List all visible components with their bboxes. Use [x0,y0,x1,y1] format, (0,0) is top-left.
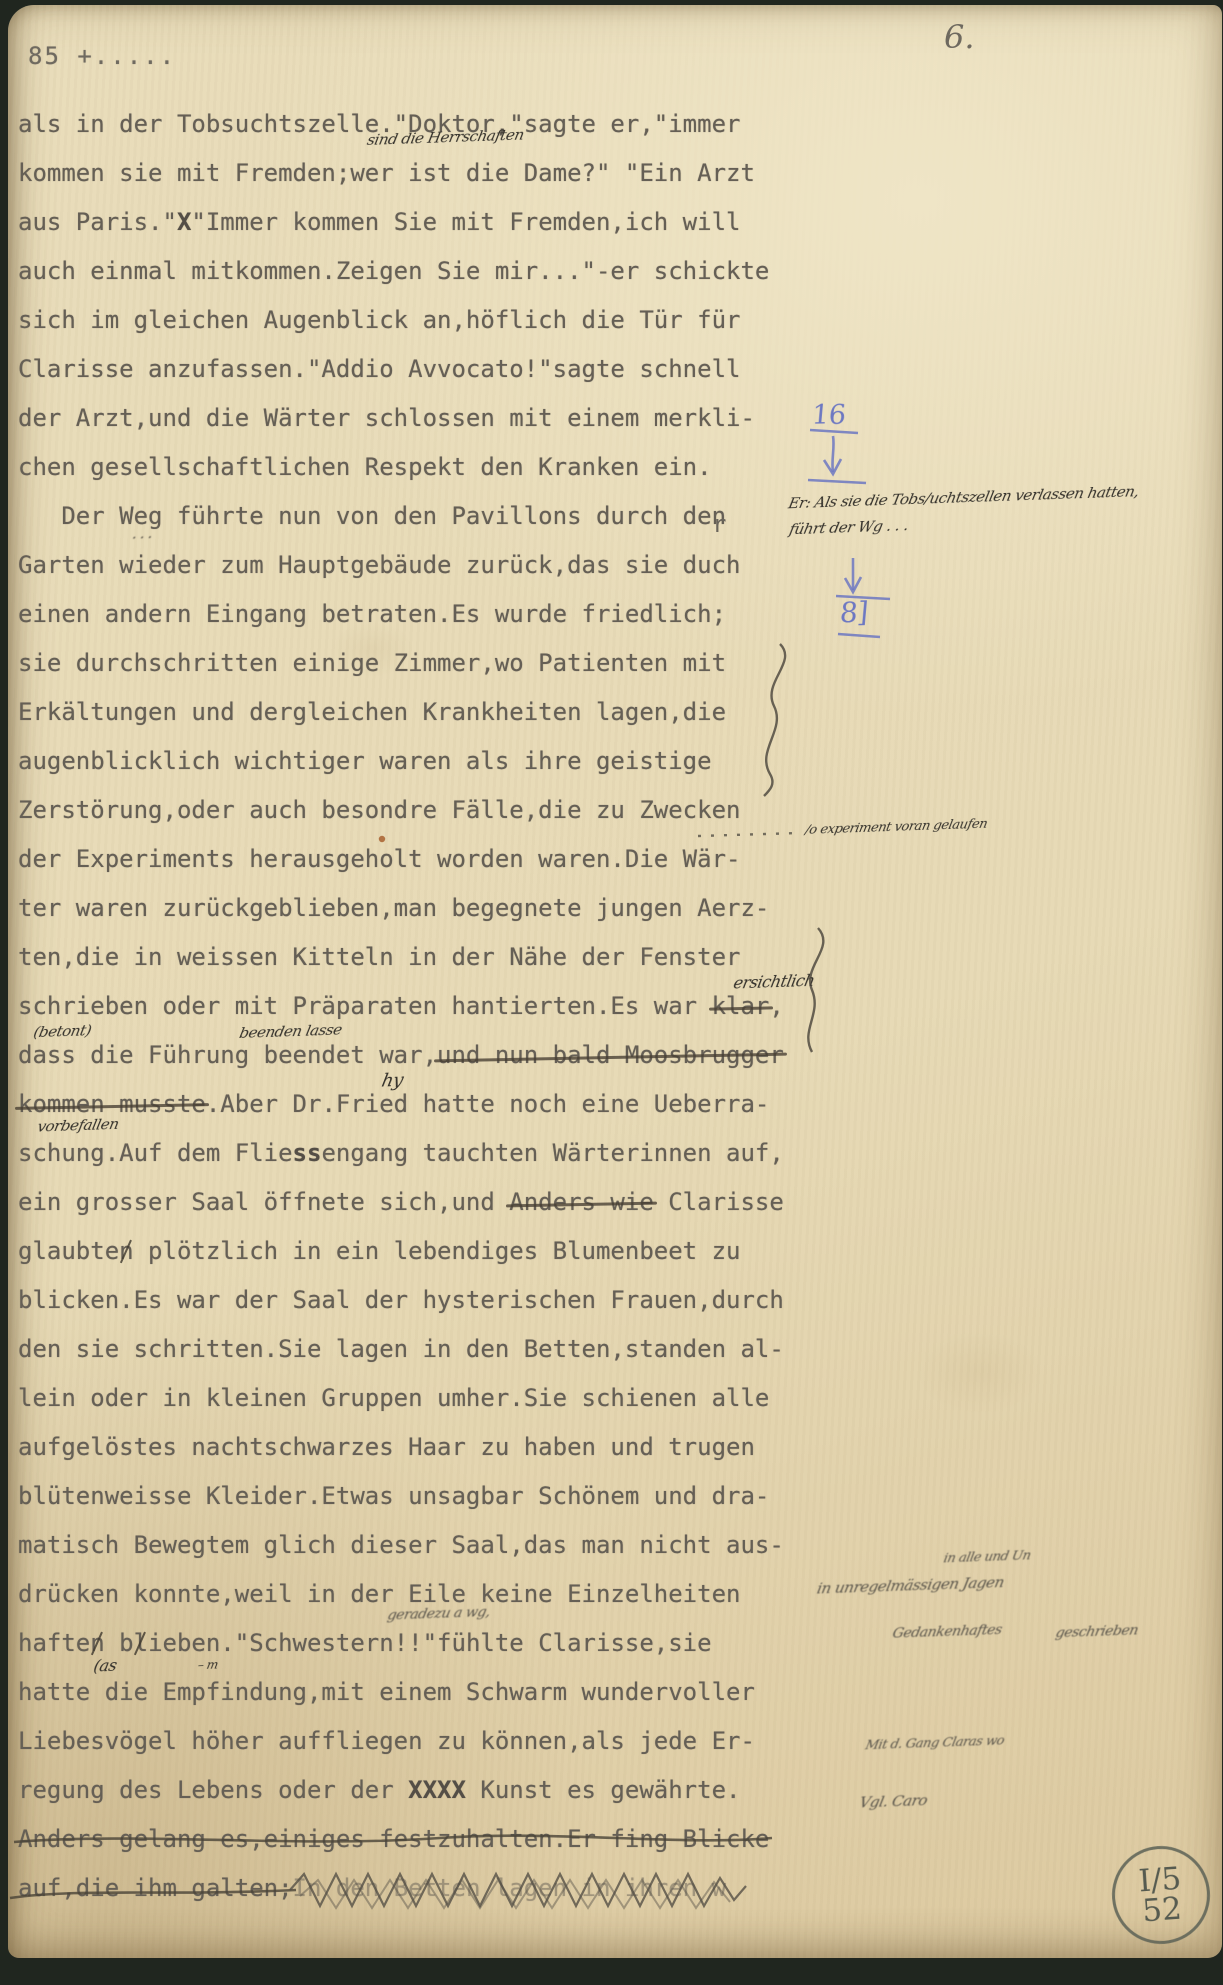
typescript-line: schrieben oder mit Präparaten hantierten… [18,982,784,1031]
pencil-brace-lower [808,928,823,1052]
blue-down-arrow-icon [832,436,833,472]
typescript-line: den sie schritten.Sie lagen in den Bette… [18,1325,784,1374]
typescript-line: Garten wieder zum Hauptgebäude zurück,da… [18,541,784,590]
archive-stamp: I/5 52 [1109,1843,1214,1948]
handwritten-mark-m: – m [197,1658,220,1673]
typescript-line: matisch Bewegtem glich dieser Saal,das m… [18,1521,784,1570]
typescript-line: glaubten plötzlich in ein lebendiges Blu… [18,1227,784,1276]
manuscript-scan: 85 +..... 6. als in der Tobsuchtszelle."… [0,0,1223,1985]
typescript-line: Liebesvögel höher auffliegen zu können,a… [18,1717,784,1766]
typescript-line: sie durchschritten einige Zimmer,wo Pati… [18,639,784,688]
typescript-line: aufgelöstes nachtschwarzes Haar zu haben… [18,1423,784,1472]
pencil-note-unregelmaessigen: in unregelmässigen Jagen [816,1573,1006,1597]
blue-underline-arrow [808,480,866,483]
page-number: 6. [944,18,975,56]
typescript-line: einen andern Eingang betraten.Es wurde f… [18,590,784,639]
typescript-line: kommen sie mit Fremden;wer ist die Dame?… [18,149,784,198]
typescript-line: schung.Auf dem Fliessengang tauchten Wär… [18,1129,784,1178]
typescript-body: als in der Tobsuchtszelle."Doktor,"sagte… [18,100,784,1913]
handwritten-correction-beenden-lasse: beenden lasse [238,1020,344,1042]
page-content: 85 +..... 6. als in der Tobsuchtszelle."… [0,0,1223,1985]
pencil-note-geschrieben: geschrieben [1054,1623,1139,1642]
handwritten-margin-betont: (betont) [32,1021,93,1041]
blue-mark-16: 16 [811,400,847,432]
typescript-line: ter waren zurückgeblieben,man begegnete … [18,884,784,933]
folio-mark: 85 +..... [28,42,176,70]
typescript-line: Clarisse anzufassen."Addio Avvocato!"sag… [18,345,784,394]
typescript-line: aus Paris."X"Immer kommen Sie mit Fremde… [18,198,784,247]
typescript-line: lein oder in kleinen Gruppen umher.Sie s… [18,1374,784,1423]
pencil-note-gedankenhaftes: Gedankenhaftes [891,1622,1003,1642]
typescript-line: hatte die Empfindung,mit einem Schwarm w… [18,1668,784,1717]
typescript-line: Zerstörung,oder auch besondre Fälle,die … [18,786,784,835]
typescript-line: augenblicklich wichtiger waren als ihre … [18,737,784,786]
pencil-note-mit-d-gang: Mit d. Gang Claras wo [864,1734,1005,1754]
typescript-line: ein grosser Saal öffnete sich,und Anders… [18,1178,784,1227]
handwritten-correction-vorbefallen: vorbefallen [36,1115,120,1136]
handwritten-insertion-hy: hy [380,1070,405,1092]
typescript-line: Erkältungen und dergleichen Krankheiten … [18,688,784,737]
handwritten-mark-as: (as [92,1656,118,1676]
typescript-line: auf,die ihm galten;In den Betten lagen i… [18,1864,784,1913]
typescript-line: der Experiments herausgeholt worden ware… [18,835,784,884]
typescript-line: auch einmal mitkommen.Zeigen Sie mir..."… [18,247,784,296]
typescript-line: regung des Lebens oder der XXXX Kunst es… [18,1766,784,1815]
typescript-line: ten,die in weissen Kitteln in der Nähe d… [18,933,784,982]
pencil-note-vgl-caro: Vgl. Caro [858,1791,929,1811]
handwritten-margin-note-line2: führt der Wg . . . [788,516,910,538]
blue-underline-8 [838,634,880,637]
blue-down-arrow-head [824,459,841,474]
blue-down-arrow-head-2 [845,577,861,592]
typescript-line: sich im gleichen Augenblick an,höflich d… [18,296,784,345]
typescript-line: haften blieben."Schwestern!!"fühlte Clar… [18,1619,784,1668]
handwritten-margin-note-line1: Er: Als sie die Tobs/uchtszellen verlass… [787,482,1141,512]
typescript-line: Anders gelang es,einiges festzuhalten.Er… [18,1815,784,1864]
typescript-line: blütenweisse Kleider.Etwas unsagbar Schö… [18,1472,784,1521]
handwritten-correction-ersichtlich: ersichtlich [732,971,816,993]
handwritten-margin-note-experiment: /o experiment voran gelaufen [804,817,989,838]
typed-correction-r: r [712,510,726,538]
pencil-note-in-alle: in alle und Un [942,1549,1032,1567]
pencil-underdots-weg: ··· [130,528,157,547]
blue-mark-8: 8] [839,596,870,629]
stamp-number: 52 [1141,1894,1182,1927]
typescript-line: der Arzt,und die Wärter schlossen mit ei… [18,394,784,443]
typescript-line: chen gesellschaftlichen Respekt den Kran… [18,443,784,492]
typescript-line: blicken.Es war der Saal der hysterischen… [18,1276,784,1325]
